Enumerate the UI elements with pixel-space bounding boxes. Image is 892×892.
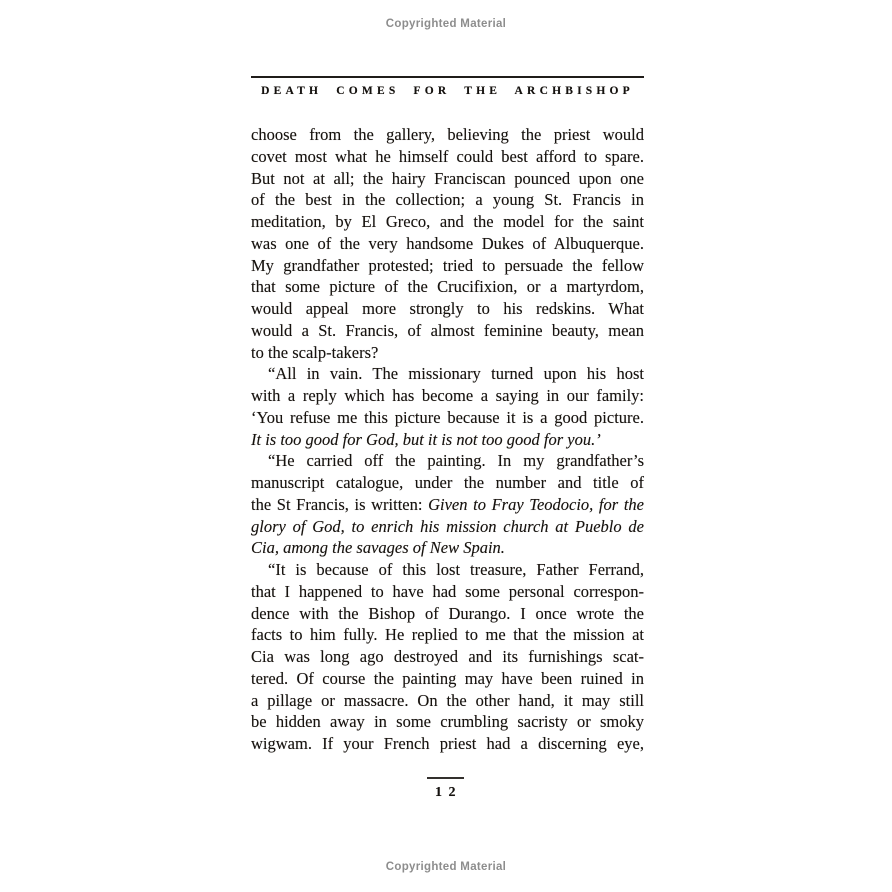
body-text-line: was one of the very handsome Dukes of Al… <box>251 233 644 255</box>
body-text-line: of the best in the collection; a young S… <box>251 189 644 211</box>
body-text-line: My grandfather protested; tried to persu… <box>251 255 644 277</box>
body-text-line: dence with the Bishop of Durango. I once… <box>251 603 644 625</box>
body-text-line: ‘You refuse me this picture because it i… <box>251 407 644 429</box>
running-head: DEATH COMES FOR THE ARCHBISHOP <box>247 85 648 97</box>
body-text-line: tered. Of course the painting may have b… <box>251 668 644 690</box>
body-text-line: the St Francis, is written: Given to Fra… <box>251 494 644 516</box>
body-text-line: It is too good for God, but it is not to… <box>251 429 644 451</box>
body-text-line: manuscript catalogue, under the number a… <box>251 472 644 494</box>
body-text-line: “All in vain. The missionary turned upon… <box>251 363 644 385</box>
book-page-body: choose from the gallery, believing the p… <box>251 124 644 755</box>
body-text-line: meditation, by El Greco, and the model f… <box>251 211 644 233</box>
copyright-notice-bottom: Copyrighted Material <box>0 861 892 873</box>
body-text-line: a pillage or massacre. On the other hand… <box>251 690 644 712</box>
footer-rule <box>427 777 464 779</box>
body-text-line: with a reply which has become a saying i… <box>251 385 644 407</box>
body-text-line: would appeal more strongly to his redski… <box>251 298 644 320</box>
body-text-line: glory of God, to enrich his mission chur… <box>251 516 644 538</box>
page-number: 1 2 <box>0 785 892 801</box>
body-text-line: that some picture of the Crucifixion, or… <box>251 276 644 298</box>
body-text-line: wigwam. If your French priest had a disc… <box>251 733 644 755</box>
body-text-line: But not at all; the hairy Franciscan pou… <box>251 168 644 190</box>
header-rule <box>251 76 644 78</box>
copyright-notice-top: Copyrighted Material <box>0 18 892 30</box>
body-text-line: that I happened to have had some persona… <box>251 581 644 603</box>
body-text-line: Cia was long ago destroyed and its furni… <box>251 646 644 668</box>
body-text-line: “He carried off the painting. In my gran… <box>251 450 644 472</box>
body-text-line: Cia, among the savages of New Spain. <box>251 537 644 559</box>
body-text-line: would a St. Francis, of almost feminine … <box>251 320 644 342</box>
body-text-line: be hidden away in some crumbling sacrist… <box>251 711 644 733</box>
body-text-line: facts to him fully. He replied to me tha… <box>251 624 644 646</box>
body-text-line: covet most what he himself could best af… <box>251 146 644 168</box>
body-text-line: choose from the gallery, believing the p… <box>251 124 644 146</box>
body-text-line: to the scalp-takers? <box>251 342 644 364</box>
body-text-line: “It is because of this lost treasure, Fa… <box>251 559 644 581</box>
book-page: Copyrighted Material DEATH COMES FOR THE… <box>0 0 892 892</box>
